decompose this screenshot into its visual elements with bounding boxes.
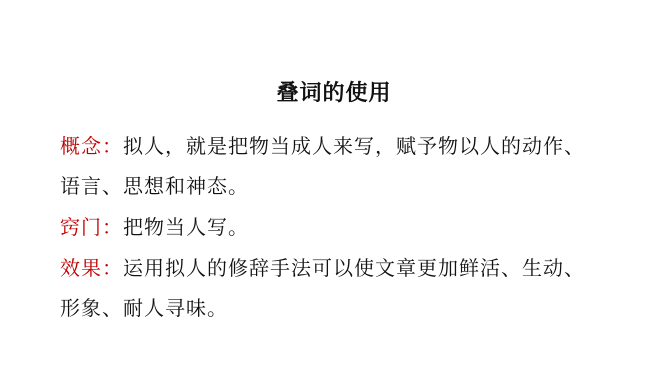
- effect-text-1: 运用拟人的修辞手法可以使文章更加鲜活、生动、: [123, 256, 585, 280]
- effect-label: 效果：: [60, 256, 123, 280]
- slide-title: 叠词的使用: [0, 79, 668, 109]
- slide: 叠词的使用 概念：拟人，就是把物当成人来写，赋予物以人的动作、 语言、思想和神态…: [0, 0, 668, 376]
- effect-text-2: 形象、耐人寻味。: [60, 296, 228, 320]
- tip-text: 把物当人写。: [123, 215, 249, 239]
- tip-line: 窍门：把物当人写。: [60, 213, 249, 241]
- effect-line-1: 效果：运用拟人的修辞手法可以使文章更加鲜活、生动、: [60, 254, 585, 282]
- tip-label: 窍门：: [60, 215, 123, 239]
- concept-line-1: 概念：拟人，就是把物当成人来写，赋予物以人的动作、: [60, 132, 585, 160]
- concept-line-2: 语言、思想和神态。: [60, 172, 249, 200]
- concept-label: 概念：: [60, 134, 123, 158]
- effect-line-2: 形象、耐人寻味。: [60, 294, 228, 322]
- concept-text-1: 拟人，就是把物当成人来写，赋予物以人的动作、: [123, 134, 585, 158]
- concept-text-2: 语言、思想和神态。: [60, 174, 249, 198]
